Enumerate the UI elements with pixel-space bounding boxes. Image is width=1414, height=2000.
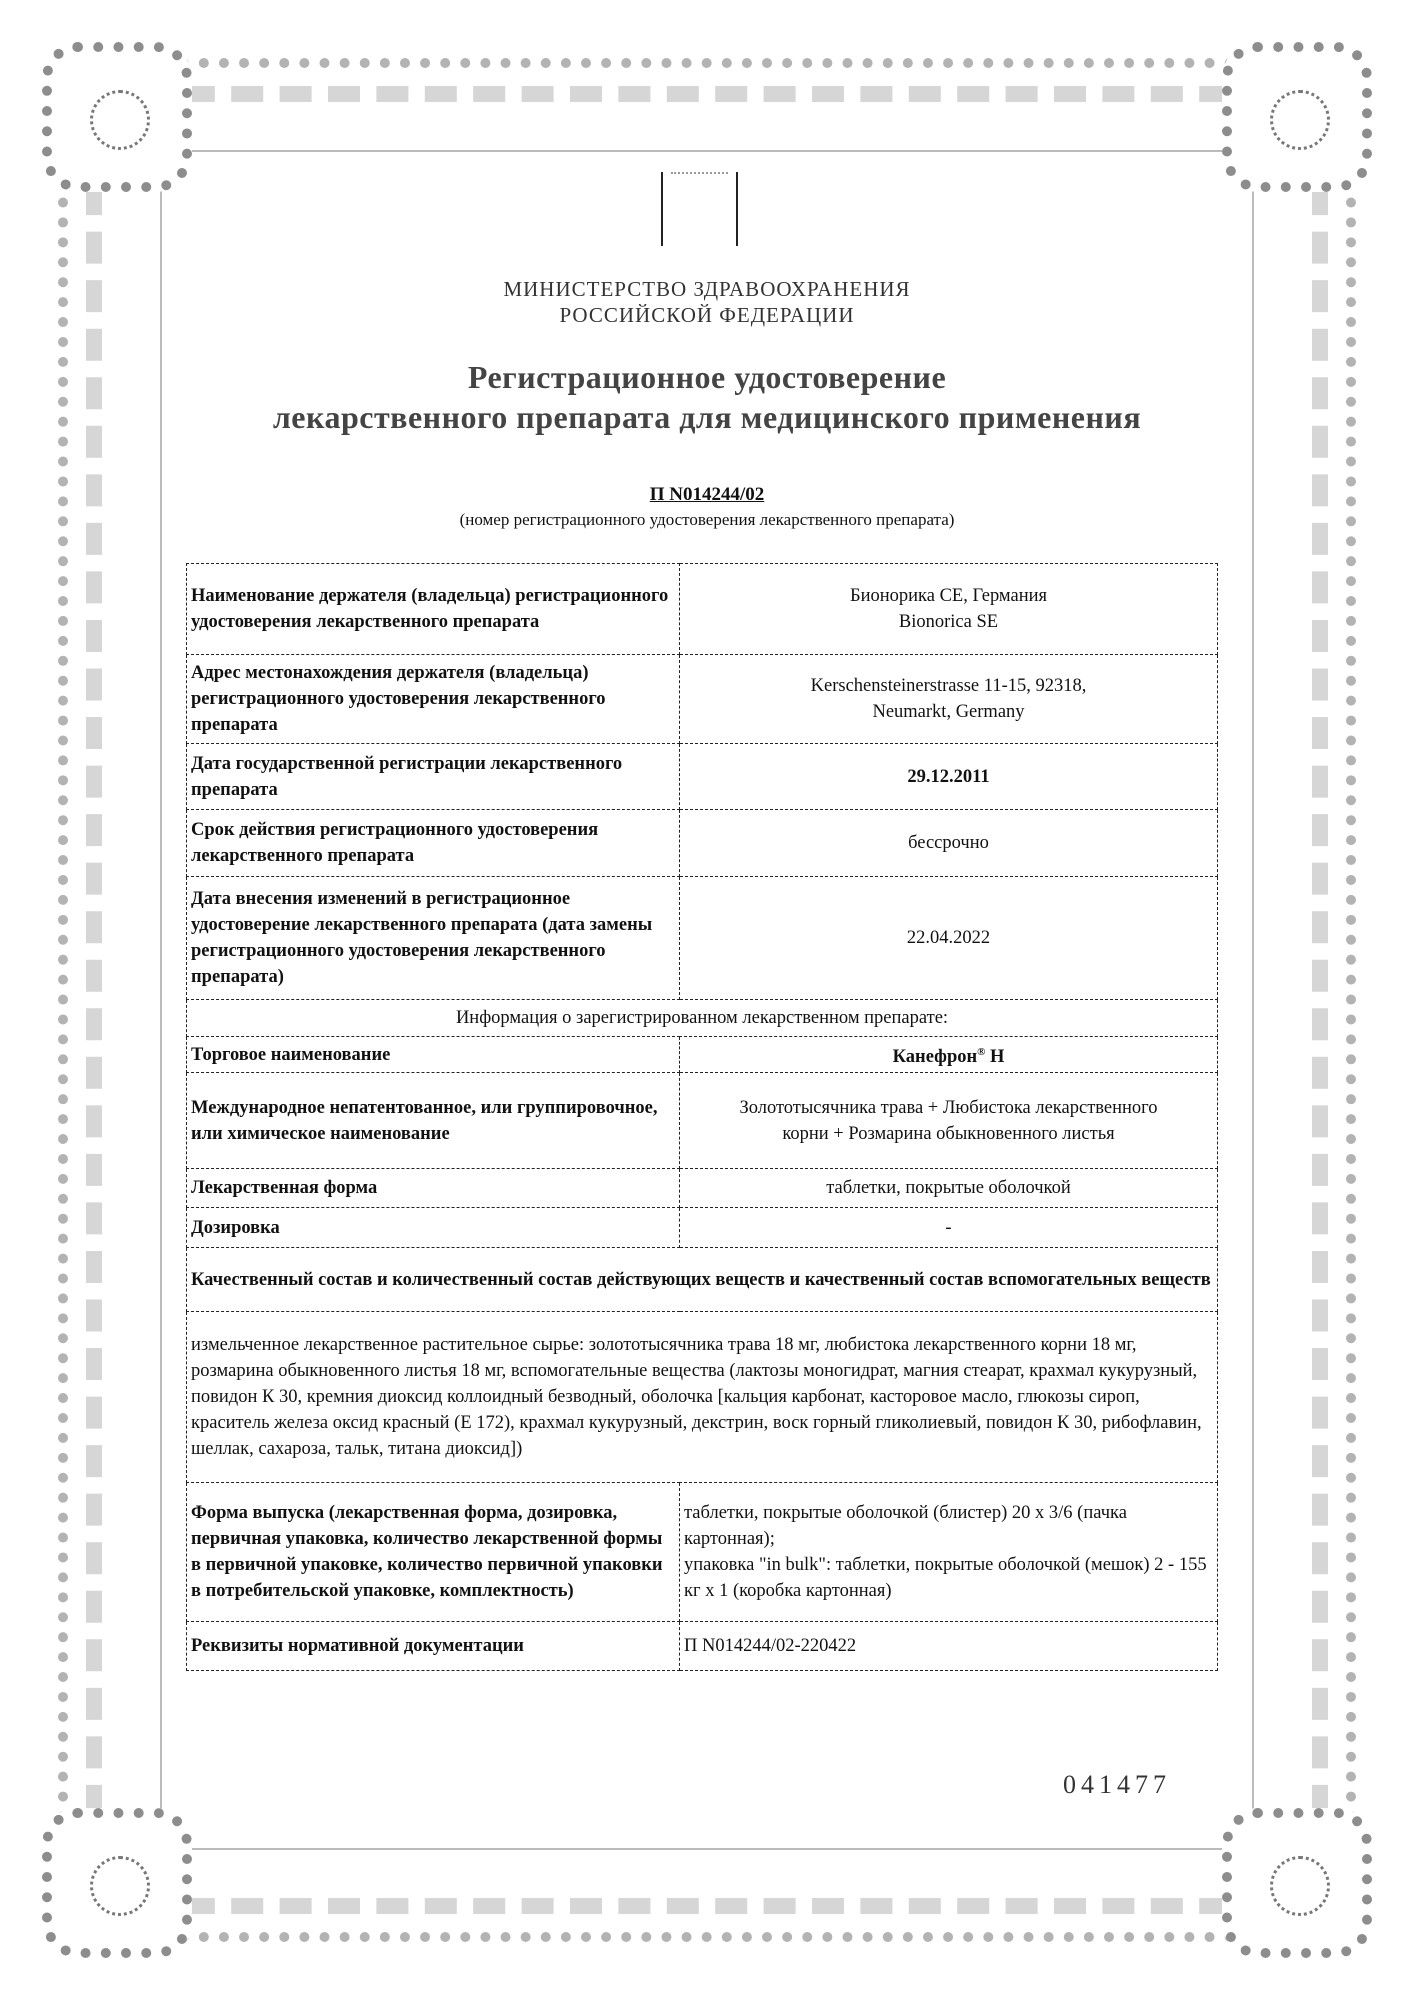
table-row: Адрес местонахождения держателя (владель… xyxy=(187,655,1218,744)
holder-name-value: Бионорика СЕ, Германия Bionorica SE xyxy=(680,564,1218,655)
trade-name-label: Торговое наименование xyxy=(187,1037,680,1073)
holder-address-label: Адрес местонахождения держателя (владель… xyxy=(187,655,680,744)
composition-value: измельченное лекарственное растительное … xyxy=(187,1312,1218,1483)
table-row: Качественный состав и количественный сос… xyxy=(187,1248,1218,1312)
inn-line1: Золототысячника трава + Любистока лекарс… xyxy=(684,1095,1213,1121)
document-title-line2: лекарственного препарата для медицинског… xyxy=(0,397,1414,437)
registration-number-caption: (номер регистрационного удостоверения ле… xyxy=(0,510,1414,530)
holder-name-ru: Бионорика СЕ, Германия xyxy=(684,583,1213,609)
release-form-value: таблетки, покрытые оболочкой (блистер) 2… xyxy=(680,1483,1218,1622)
changes-date-value: 22.04.2022 xyxy=(680,877,1218,1000)
corner-rosette-icon xyxy=(1222,42,1372,192)
table-row: Форма выпуска (лекарственная форма, дози… xyxy=(187,1483,1218,1622)
changes-date-label: Дата внесения изменений в регистрационно… xyxy=(187,877,680,1000)
holder-name-label: Наименование держателя (владельца) регис… xyxy=(187,564,680,655)
holder-name-en: Bionorica SE xyxy=(684,609,1213,635)
dosage-value: - xyxy=(680,1208,1218,1248)
release-form-line1: таблетки, покрытые оболочкой (блистер) 2… xyxy=(684,1500,1213,1552)
document-title-line1: Регистрационное удостоверение xyxy=(0,357,1414,397)
trade-name-text: Канефрон xyxy=(893,1047,978,1067)
table-row: Международное непатентованное, или групп… xyxy=(187,1073,1218,1169)
normative-docs-label: Реквизиты нормативной документации xyxy=(187,1622,680,1671)
table-row: Дозировка - xyxy=(187,1208,1218,1248)
table-row: Реквизиты нормативной документации П N01… xyxy=(187,1622,1218,1671)
table-row: Дата государственной регистрации лекарст… xyxy=(187,744,1218,810)
release-form-line2: упаковка "in bulk": таблетки, покрытые о… xyxy=(684,1552,1213,1604)
inn-line2: корни + Розмарина обыкновенного листья xyxy=(684,1121,1213,1147)
table-row: Лекарственная форма таблетки, покрытые о… xyxy=(187,1169,1218,1208)
table-row: Дата внесения изменений в регистрационно… xyxy=(187,877,1218,1000)
table-row: Торговое наименование Канефрон® Н xyxy=(187,1037,1218,1073)
inn-value: Золототысячника трава + Любистока лекарс… xyxy=(680,1073,1218,1169)
holder-address-line1: Kerschensteinerstrasse 11-15, 92318, xyxy=(684,673,1213,699)
holder-address-line2: Neumarkt, Germany xyxy=(684,699,1213,725)
dosage-form-value: таблетки, покрытые оболочкой xyxy=(680,1169,1218,1208)
table-row: Срок действия регистрационного удостовер… xyxy=(187,810,1218,877)
drug-info-header: Информация о зарегистрированном лекарств… xyxy=(187,1000,1218,1037)
corner-rosette-icon xyxy=(1222,1808,1372,1958)
table-row: измельченное лекарственное растительное … xyxy=(187,1312,1218,1483)
state-emblem-icon xyxy=(661,172,738,246)
dosage-label: Дозировка xyxy=(187,1208,680,1248)
dosage-form-label: Лекарственная форма xyxy=(187,1169,680,1208)
registration-number: П N014244/02 xyxy=(0,484,1414,506)
holder-address-value: Kerschensteinerstrasse 11-15, 92318, Neu… xyxy=(680,655,1218,744)
trade-name-value: Канефрон® Н xyxy=(680,1037,1218,1073)
table-row: Информация о зарегистрированном лекарств… xyxy=(187,1000,1218,1037)
form-serial-number: 041477 xyxy=(1063,1770,1171,1800)
state-reg-date-label: Дата государственной регистрации лекарст… xyxy=(187,744,680,810)
table-row: Наименование держателя (владельца) регис… xyxy=(187,564,1218,655)
normative-docs-value: П N014244/02-220422 xyxy=(680,1622,1218,1671)
state-reg-date-value: 29.12.2011 xyxy=(680,744,1218,810)
validity-value: бессрочно xyxy=(680,810,1218,877)
trade-name-suffix: Н xyxy=(985,1047,1004,1067)
composition-label: Качественный состав и количественный сос… xyxy=(187,1248,1218,1312)
validity-label: Срок действия регистрационного удостовер… xyxy=(187,810,680,877)
release-form-label: Форма выпуска (лекарственная форма, дози… xyxy=(187,1483,680,1622)
ministry-name-line2: РОССИЙСКОЙ ФЕДЕРАЦИИ xyxy=(0,302,1414,329)
registration-table: Наименование держателя (владельца) регис… xyxy=(186,563,1218,1671)
corner-rosette-icon xyxy=(42,1808,192,1958)
inn-label: Международное непатентованное, или групп… xyxy=(187,1073,680,1169)
corner-rosette-icon xyxy=(42,42,192,192)
ministry-name-line1: МИНИСТЕРСТВО ЗДРАВООХРАНЕНИЯ xyxy=(0,276,1414,303)
